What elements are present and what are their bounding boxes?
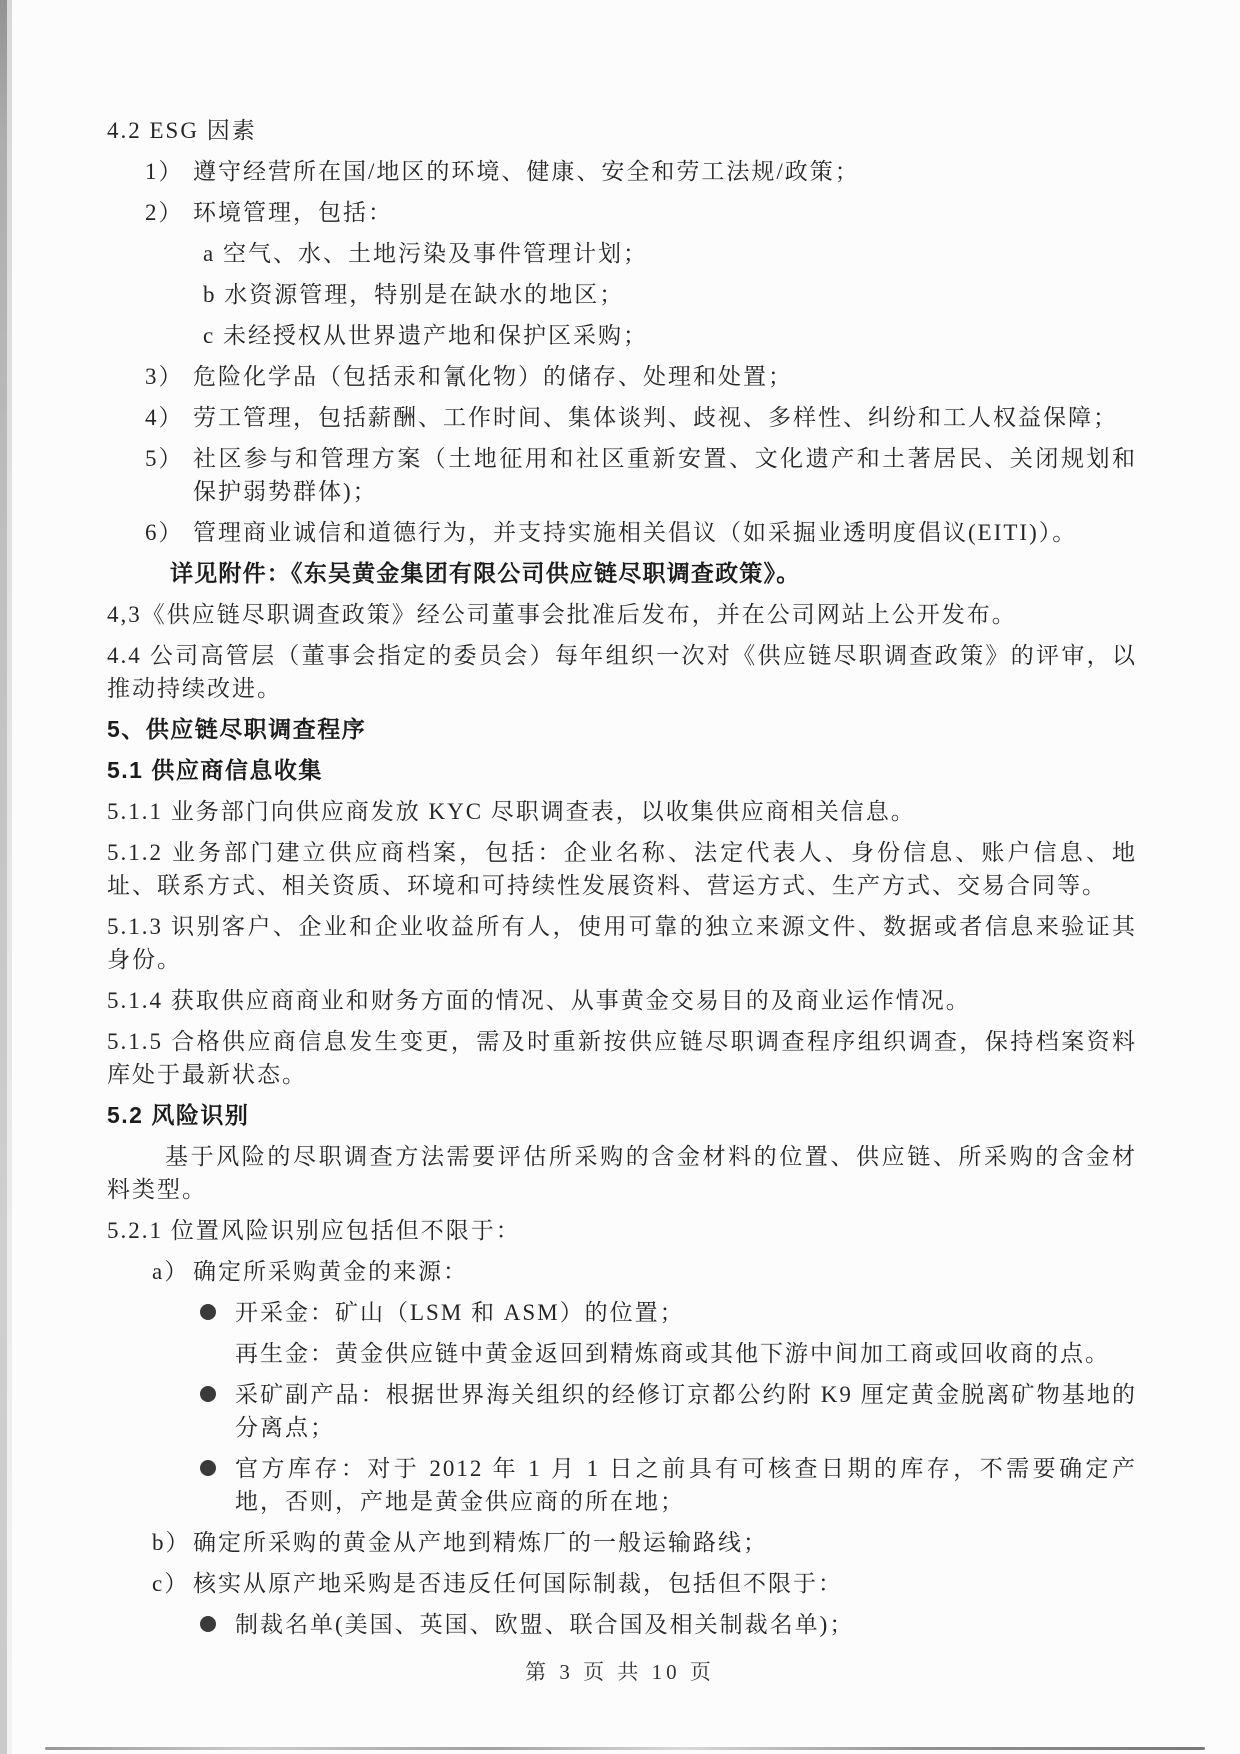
bullet-text: 开采金：矿山（LSM 和 ASM）的位置； [235,1296,1137,1329]
bullet-icon [200,1378,235,1444]
scan-edge-artifact-bottom [45,1747,1205,1750]
esg-item-5: 5） 社区参与和管理方案（土地征用和社区重新安置、文化遗产和土著居民、关闭规划和… [107,442,1137,508]
bullet-icon [200,1296,235,1329]
list-marker: c） [152,1567,193,1600]
list-marker: 4） [145,401,193,434]
esg-subitem-c: c 未经授权从世界遗产地和保护区采购； [107,319,1137,352]
para-5-1-4: 5.1.4 获取供应商商业和财务方面的情况、从事黄金交易目的及商业运作情况。 [107,984,1137,1017]
heading-4-2: 4.2 ESG 因素 [107,114,1137,147]
esg-item-4: 4） 劳工管理，包括薪酬、工作时间、集体谈判、歧视、多样性、纠纷和工人权益保障； [107,401,1137,434]
list-item-text: 劳工管理，包括薪酬、工作时间、集体谈判、歧视、多样性、纠纷和工人权益保障； [193,401,1137,434]
list-item-text: 核实从原产地采购是否违反任何国际制裁，包括但不限于： [193,1567,1137,1600]
para-5-1-1: 5.1.1 业务部门向供应商发放 KYC 尽职调查表，以收集供应商相关信息。 [107,795,1137,828]
para-5-1-3: 5.1.3 识别客户、企业和企业收益所有人，使用可靠的独立来源文件、数据或者信息… [107,910,1137,976]
para-5-1-2: 5.1.2 业务部门建立供应商档案，包括：企业名称、法定代表人、身份信息、账户信… [107,836,1137,902]
list-marker: b） [152,1526,193,1559]
bullet-mined-gold: 开采金：矿山（LSM 和 ASM）的位置； [107,1296,1137,1329]
page-footer: 第 3 页 共 10 页 [0,1656,1240,1686]
esg-item-6: 6） 管理商业诚信和道德行为，并支持实施相关倡议（如采掘业透明度倡议(EITI)… [107,516,1137,549]
attachment-note: 详见附件：《东吴黄金集团有限公司供应链尽职调查政策》。 [107,557,1137,590]
esg-subitem-a: a 空气、水、土地污染及事件管理计划； [107,237,1137,270]
esg-subitem-b: b 水资源管理，特别是在缺水的地区； [107,278,1137,311]
list-marker: a） [152,1255,193,1288]
list-item-text: 环境管理，包括： [193,196,1137,229]
para-5-1-5: 5.1.5 合格供应商信息发生变更，需及时重新按供应链尽职调查程序组织调查，保持… [107,1025,1137,1091]
bullet-icon [200,1608,235,1641]
letter-item-b: b） 确定所采购的黄金从产地到精炼厂的一般运输路线； [107,1526,1137,1559]
list-marker: 1） [145,155,193,188]
document-page: 4.2 ESG 因素 1） 遵守经营所在国/地区的环境、健康、安全和劳工法规/政… [0,0,1240,1754]
bullet-text: 制裁名单(美国、英国、欧盟、联合国及相关制裁名单)； [235,1608,1137,1641]
para-risk-intro: 基于风险的尽职调查方法需要评估所采购的含金材料的位置、供应链、所采购的含金材料类… [107,1140,1137,1206]
letter-item-c: c） 核实从原产地采购是否违反任何国际制裁，包括但不限于： [107,1567,1137,1600]
para-5-2-1: 5.2.1 位置风险识别应包括但不限于： [107,1214,1137,1247]
esg-item-3: 3） 危险化学品（包括汞和氰化物）的储存、处理和处置； [107,360,1137,393]
list-item-text: 管理商业诚信和道德行为，并支持实施相关倡议（如采掘业透明度倡议(EITI)）。 [193,516,1137,549]
list-marker: 5） [145,442,193,508]
bullet-cont-recycled-gold: 再生金：黄金供应链中黄金返回到精炼商或其他下游中间加工商或回收商的点。 [107,1337,1137,1370]
letter-item-a: a） 确定所采购黄金的来源： [107,1255,1137,1288]
esg-item-2: 2） 环境管理，包括： [107,196,1137,229]
list-item-text: 确定所采购黄金的来源： [193,1255,1137,1288]
esg-item-1: 1） 遵守经营所在国/地区的环境、健康、安全和劳工法规/政策； [107,155,1137,188]
list-marker: 6） [145,516,193,549]
heading-5-1: 5.1 供应商信息收集 [107,754,1137,787]
scan-edge-artifact-left-soft [7,0,12,1754]
list-item-text: 确定所采购的黄金从产地到精炼厂的一般运输路线； [193,1526,1137,1559]
list-item-text: 社区参与和管理方案（土地征用和社区重新安置、文化遗产和土著居民、关闭规划和保护弱… [193,442,1137,508]
bullet-official-stock: 官方库存：对于 2012 年 1 月 1 日之前具有可核查日期的库存，不需要确定… [107,1452,1137,1518]
bullet-mining-byproduct: 采矿副产品：根据世界海关组织的经修订京都公约附 K9 厘定黄金脱离矿物基地的分离… [107,1378,1137,1444]
para-4-4: 4.4 公司高管层（董事会指定的委员会）每年组织一次对《供应链尽职调查政策》的评… [107,639,1137,705]
document-body: 4.2 ESG 因素 1） 遵守经营所在国/地区的环境、健康、安全和劳工法规/政… [107,114,1137,1649]
list-item-text: 危险化学品（包括汞和氰化物）的储存、处理和处置； [193,360,1137,393]
heading-5-2: 5.2 风险识别 [107,1099,1137,1132]
heading-5: 5、供应链尽职调查程序 [107,713,1137,746]
list-marker: 3） [145,360,193,393]
scan-edge-artifact-left [0,0,7,1754]
list-marker: 2） [145,196,193,229]
bullet-text: 采矿副产品：根据世界海关组织的经修订京都公约附 K9 厘定黄金脱离矿物基地的分离… [235,1378,1137,1444]
bullet-sanctions-list: 制裁名单(美国、英国、欧盟、联合国及相关制裁名单)； [107,1608,1137,1641]
bullet-text: 官方库存：对于 2012 年 1 月 1 日之前具有可核查日期的库存，不需要确定… [235,1452,1137,1518]
bullet-icon [200,1452,235,1518]
list-item-text: 遵守经营所在国/地区的环境、健康、安全和劳工法规/政策； [193,155,1137,188]
para-4-3: 4,3《供应链尽职调查政策》经公司董事会批准后发布，并在公司网站上公开发布。 [107,598,1137,631]
